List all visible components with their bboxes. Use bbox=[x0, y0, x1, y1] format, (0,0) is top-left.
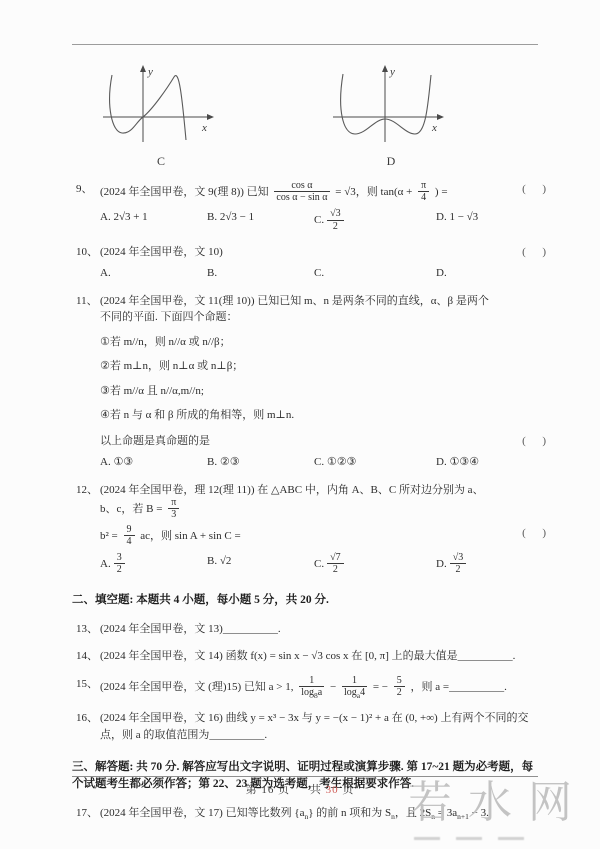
stem-text: ac，则 sin A + sin C = bbox=[140, 530, 240, 542]
operator-minus: − bbox=[330, 681, 336, 693]
question-number: 15、 bbox=[72, 676, 100, 699]
options-row: A. ①③ B. ②③ C. ①②③ D. ①③④ bbox=[100, 454, 538, 471]
footer-text: 共 bbox=[310, 784, 322, 796]
option-d: D. 1 − √3 bbox=[436, 209, 538, 226]
stem-text: . bbox=[264, 729, 267, 741]
fraction-numerator: 9 bbox=[124, 524, 135, 536]
stem-text: (2024 年全国甲卷，文 16) 曲线 y = x³ − 3x 与 y = −… bbox=[100, 712, 528, 741]
fraction: 1loga4 bbox=[342, 675, 367, 698]
proposition-3: ③若 m//α 且 n//α,m//n; bbox=[100, 383, 538, 400]
stem-text: (2024 年全国甲卷，文 13) bbox=[100, 623, 223, 635]
fraction-numerator: √3 bbox=[327, 208, 344, 220]
fraction-denominator: 2 bbox=[331, 564, 340, 575]
footer-text: 页 bbox=[342, 784, 354, 796]
fraction: √32 bbox=[450, 552, 467, 575]
question-12: 12、 (2024 年全国甲卷，理 12(理 11)) 在 △ABC 中，内角 … bbox=[72, 482, 538, 577]
fraction: π3 bbox=[168, 497, 179, 520]
x-axis-arrow-icon bbox=[207, 114, 214, 120]
fraction: 94 bbox=[124, 524, 135, 547]
question-9: 9、 (2024 年全国甲卷，文 9(理 8)) 已知 cos αcos α −… bbox=[72, 181, 538, 233]
answer-blank: __________ bbox=[449, 681, 504, 693]
log-argument: 4 bbox=[360, 687, 365, 698]
footer-text: 第 bbox=[246, 784, 258, 796]
option-a: A. ①③ bbox=[100, 454, 207, 471]
option-label: A. bbox=[100, 558, 111, 570]
answer-bracket: ( ) bbox=[522, 433, 546, 450]
options-row: A. 2√3 + 1 B. 2√3 − 1 C.√32 D. 1 − √3 bbox=[100, 209, 538, 232]
stem-text: (2024 年全国甲卷，文 (理)15) 已知 a > 1, bbox=[100, 681, 294, 693]
figure-c-caption: C bbox=[95, 152, 227, 170]
option-b: B. √2 bbox=[207, 553, 314, 570]
option-c: C.√32 bbox=[314, 209, 436, 232]
fraction: 52 bbox=[394, 675, 405, 698]
fraction-numerator: 1 bbox=[299, 675, 324, 687]
question-body: (2024 年全国甲卷，文 9(理 8)) 已知 cos αcos α − si… bbox=[100, 181, 538, 233]
y-axis-arrow-icon bbox=[140, 65, 146, 72]
fraction: √72 bbox=[327, 552, 344, 575]
fraction-denominator: 2 bbox=[453, 564, 462, 575]
stem-text: . bbox=[278, 623, 281, 635]
question-stem: (2024 年全国甲卷，文 9(理 8)) 已知 cos αcos α − si… bbox=[100, 181, 538, 204]
fraction-denominator: cos α − sin α bbox=[274, 192, 329, 203]
question-number: 13、 bbox=[72, 621, 100, 638]
footer-text: 页 bbox=[278, 784, 290, 796]
question-stem-2: b² = 94 ac，则 sin A + sin C = ( ) bbox=[100, 525, 538, 548]
fraction-denominator: 3 bbox=[169, 509, 178, 520]
fraction-denominator: loga4 bbox=[342, 687, 367, 698]
fraction-numerator: √3 bbox=[450, 552, 467, 564]
proposition-1: ①若 m//n，则 n//α 或 n//β； bbox=[100, 334, 538, 351]
option-c: C. bbox=[314, 265, 436, 282]
question-number: 17、 bbox=[72, 805, 100, 822]
question-number: 14、 bbox=[72, 648, 100, 665]
option-b: B. ②③ bbox=[207, 454, 314, 471]
x-axis-label: x bbox=[201, 122, 207, 134]
page-content: y x C y x D 9、 (2024 年全国甲卷，文 9(理 8)) 已知 bbox=[72, 56, 538, 821]
stem-text: . bbox=[504, 681, 507, 693]
answer-blank: __________ bbox=[458, 650, 513, 662]
fraction-numerator: π bbox=[168, 497, 179, 509]
fraction-denominator: 4 bbox=[125, 536, 134, 547]
options-row: A.32 B. √2 C.√72 D.√32 bbox=[100, 553, 538, 576]
proposition-4: ④若 n 与 α 和 β 所成的角相等，则 m⊥n. bbox=[100, 407, 538, 424]
option-b: B. bbox=[207, 265, 314, 282]
y-axis-label: y bbox=[147, 66, 153, 78]
question-number: 16、 bbox=[72, 710, 100, 743]
options-row: A. B. C. D. bbox=[100, 265, 538, 282]
x-axis-arrow-icon bbox=[437, 114, 444, 120]
y-axis-label: y bbox=[389, 66, 395, 78]
stem-text: (2024 年全国甲卷，文 10) bbox=[100, 246, 223, 258]
stem-text: = √3，则 tan(α + bbox=[335, 186, 412, 198]
fraction-denominator: log8a bbox=[299, 687, 324, 698]
fraction-denominator: 2 bbox=[115, 564, 124, 575]
log-text: log bbox=[344, 687, 357, 698]
curve-d bbox=[341, 74, 431, 134]
question-11: 11、 (2024 年全国甲卷，文 11(理 10)) 已知已知 m、n 是两条… bbox=[72, 293, 538, 471]
fraction-denominator: 2 bbox=[331, 221, 340, 232]
option-c: C. ①②③ bbox=[314, 454, 436, 471]
stem-text: b² = bbox=[100, 530, 118, 542]
fraction: √32 bbox=[327, 208, 344, 231]
option-a: A.32 bbox=[100, 553, 207, 576]
answer-bracket: ( ) bbox=[522, 181, 546, 198]
answer-bracket: ( ) bbox=[522, 525, 546, 542]
fraction-numerator: √7 bbox=[327, 552, 344, 564]
question-body: (2024 年全国甲卷，文 14) 函数 f(x) = sin x − √3 c… bbox=[100, 648, 538, 665]
answer-blank: __________ bbox=[209, 729, 264, 741]
fraction-denominator: 2 bbox=[395, 687, 404, 698]
fraction-denominator: 4 bbox=[419, 192, 428, 203]
question-body: (2024 年全国甲卷，文 13)__________. bbox=[100, 621, 538, 638]
stem-text: ) = bbox=[435, 186, 448, 198]
stem-text: (2024 年全国甲卷，理 12(理 11)) 在 △ABC 中，内角 A、B、… bbox=[100, 484, 484, 516]
x-axis-label: x bbox=[431, 122, 437, 134]
answer-bracket: ( ) bbox=[522, 244, 546, 261]
option-label: D. bbox=[436, 558, 447, 570]
answer-blank: __________ bbox=[223, 623, 278, 635]
stem-text: (2024 年全国甲卷，文 9(理 8)) 已知 bbox=[100, 186, 269, 198]
header-rule bbox=[72, 44, 538, 45]
fraction: 32 bbox=[114, 552, 125, 575]
footer-total-pages: 30 bbox=[326, 784, 339, 796]
graph-c: y x bbox=[95, 62, 227, 154]
option-a: A. bbox=[100, 265, 207, 282]
option-d: D.√32 bbox=[436, 553, 538, 576]
question-number: 11、 bbox=[72, 293, 100, 471]
question-stem-2: 以上命题是真命题的是 ( ) bbox=[100, 433, 538, 450]
question-stem: (2024 年全国甲卷，理 12(理 11)) 在 △ABC 中，内角 A、B、… bbox=[100, 482, 538, 522]
question-body: (2024 年全国甲卷，文 10) ( ) A. B. C. D. bbox=[100, 244, 538, 282]
fraction: cos αcos α − sin α bbox=[274, 180, 329, 203]
answer-figures-row: y x C y x D bbox=[72, 62, 538, 170]
question-number: 10、 bbox=[72, 244, 100, 282]
question-body: (2024 年全国甲卷，文 11(理 10)) 已知已知 m、n 是两条不同的直… bbox=[100, 293, 538, 471]
curve-c bbox=[110, 75, 186, 140]
option-label: C. bbox=[314, 215, 324, 227]
stem-text: = − bbox=[373, 681, 388, 693]
option-c: C.√72 bbox=[314, 553, 436, 576]
log-text: log bbox=[301, 687, 314, 698]
proposition-2: ②若 m⊥n，则 n⊥α 或 n⊥β； bbox=[100, 358, 538, 375]
log-argument: a bbox=[318, 687, 322, 698]
option-d: D. ①③④ bbox=[436, 454, 538, 471]
option-label: C. bbox=[314, 558, 324, 570]
proposition-list: ①若 m//n，则 n//α 或 n//β； ②若 m⊥n，则 n⊥α 或 n⊥… bbox=[100, 334, 538, 424]
option-d: D. bbox=[436, 265, 538, 282]
question-14: 14、 (2024 年全国甲卷，文 14) 函数 f(x) = sin x − … bbox=[72, 648, 538, 665]
stem-text: ，则 a = bbox=[411, 681, 450, 693]
stem-text: (2024 年全国甲卷，文 17) 已知等比数列 {a bbox=[100, 807, 305, 819]
watermark: 若水网 bbox=[408, 781, 588, 846]
question-number: 12、 bbox=[72, 482, 100, 577]
watermark-subtext bbox=[408, 829, 588, 846]
footer-page-number: 16 bbox=[261, 784, 274, 796]
fraction-numerator: π bbox=[418, 180, 429, 192]
graph-d: y x bbox=[325, 62, 457, 154]
figure-d: y x D bbox=[325, 62, 457, 170]
fraction-numerator: 1 bbox=[342, 675, 367, 687]
stem-text: (2024 年全国甲卷，文 14) 函数 f(x) = sin x − √3 c… bbox=[100, 650, 458, 662]
question-stem: (2024 年全国甲卷，文 10) ( ) bbox=[100, 244, 538, 261]
stem-text: 以上命题是真命题的是 bbox=[100, 435, 210, 447]
question-16: 16、 (2024 年全国甲卷，文 16) 曲线 y = x³ − 3x 与 y… bbox=[72, 710, 538, 743]
question-body: (2024 年全国甲卷，文 16) 曲线 y = x³ − 3x 与 y = −… bbox=[100, 710, 538, 743]
question-body: (2024 年全国甲卷，文 (理)15) 已知 a > 1, 1log8a − … bbox=[100, 676, 538, 699]
question-number: 9、 bbox=[72, 181, 100, 233]
y-axis-arrow-icon bbox=[382, 65, 388, 72]
fraction-numerator: 5 bbox=[394, 675, 405, 687]
question-stem: (2024 年全国甲卷，文 11(理 10)) 已知已知 m、n 是两条不同的直… bbox=[100, 293, 538, 326]
fraction-numerator: 3 bbox=[114, 552, 125, 564]
section-2-header: 二、填空题: 本题共 4 小题，每小题 5 分，共 20 分. bbox=[72, 592, 538, 609]
option-b: B. 2√3 − 1 bbox=[207, 209, 314, 226]
stem-text: . bbox=[513, 650, 516, 662]
figure-d-caption: D bbox=[325, 152, 457, 170]
question-13: 13、 (2024 年全国甲卷，文 13)__________. bbox=[72, 621, 538, 638]
question-15: 15、 (2024 年全国甲卷，文 (理)15) 已知 a > 1, 1log8… bbox=[72, 676, 538, 699]
question-10: 10、 (2024 年全国甲卷，文 10) ( ) A. B. C. D. bbox=[72, 244, 538, 282]
fraction: 1log8a bbox=[299, 675, 324, 698]
figure-c: y x C bbox=[95, 62, 227, 170]
option-a: A. 2√3 + 1 bbox=[100, 209, 207, 226]
fraction-numerator: cos α bbox=[274, 180, 329, 192]
watermark-text: 若水网 bbox=[408, 781, 588, 825]
stem-text: } 的前 n 项和为 S bbox=[308, 807, 391, 819]
question-body: (2024 年全国甲卷，理 12(理 11)) 在 △ABC 中，内角 A、B、… bbox=[100, 482, 538, 577]
fraction: π4 bbox=[418, 180, 429, 203]
